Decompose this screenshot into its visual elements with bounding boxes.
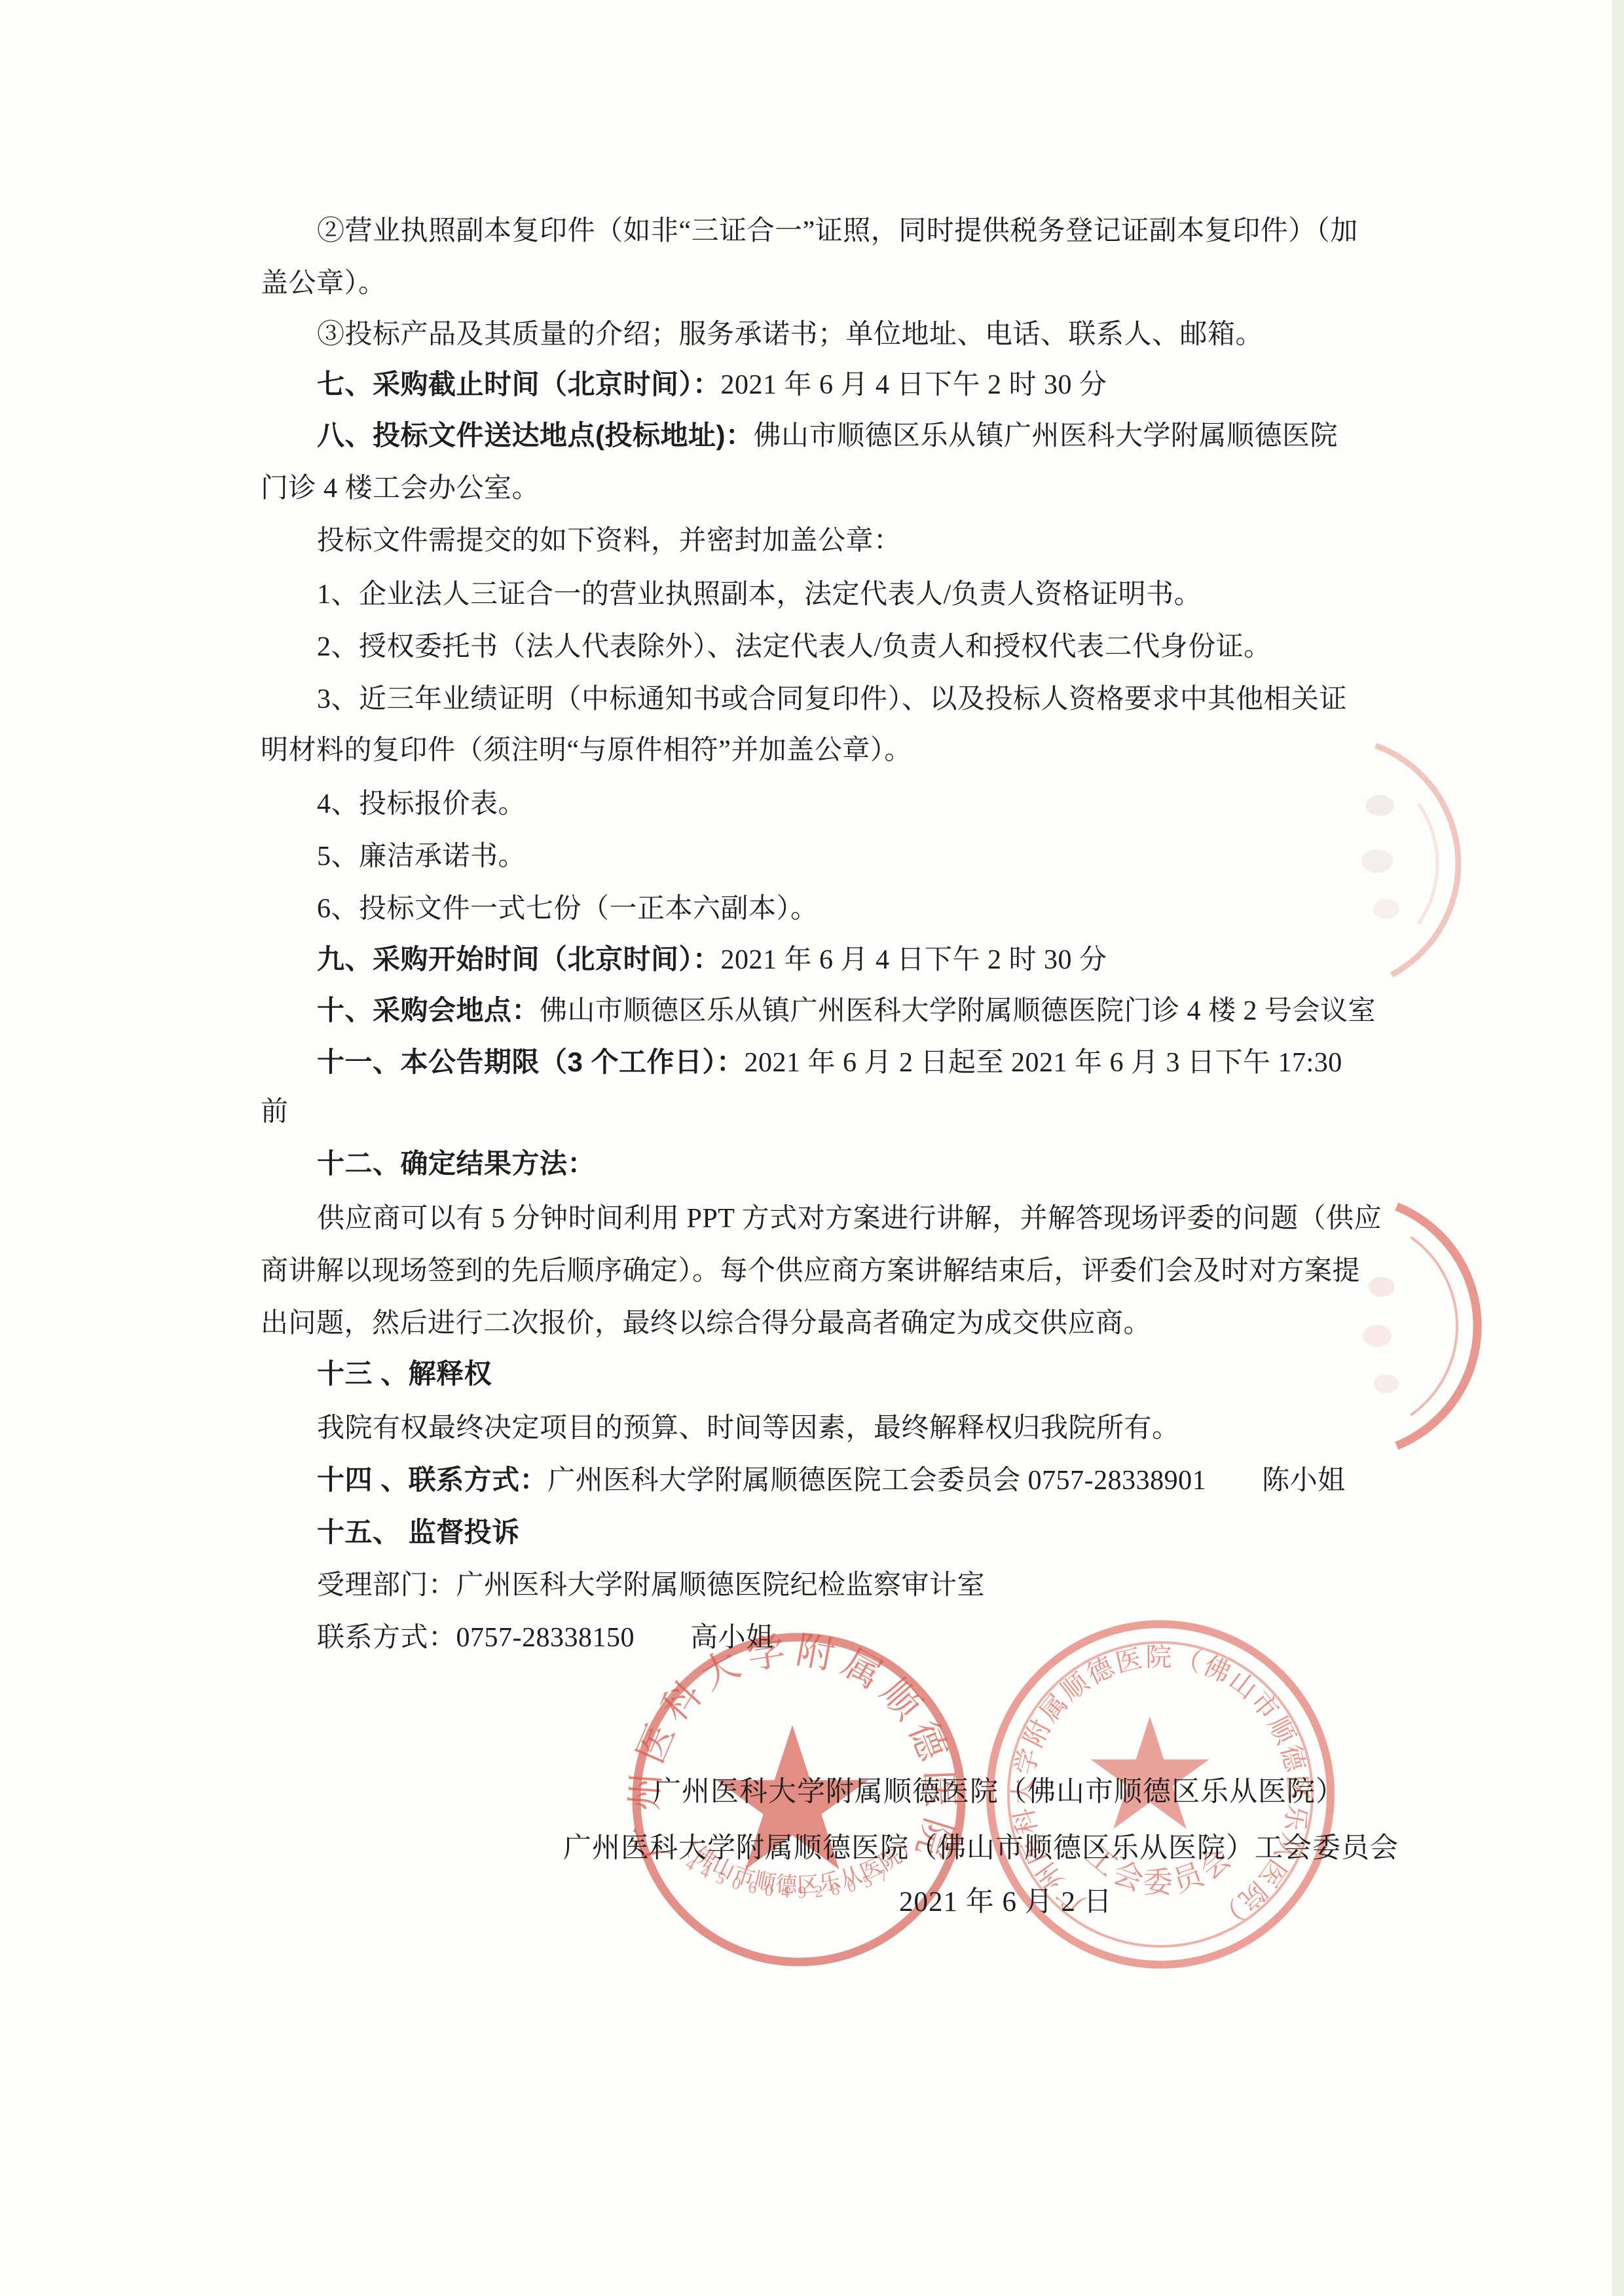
doc-line: 投标文件需提交的如下资料，并密封加盖公章： [261, 522, 1460, 559]
star-icon [1091, 1716, 1209, 1829]
doc-line: 2、授权委托书（法人代表除外）、法定代表人/负责人和授权代表二代身份证。 [261, 628, 1460, 665]
doc-line: 十二、确定结果方法： [261, 1145, 1460, 1183]
doc-line: 十五、 监督投诉 [261, 1514, 1460, 1551]
doc-line: 盖公章）。 [261, 265, 1403, 302]
signature-date: 2021 年 6 月 2 日 [899, 1883, 1113, 1921]
doc-line: 我院有权最终决定项目的预算、时间等因素，最终解释权归我院所有。 [261, 1409, 1460, 1447]
doc-line: ②营业执照副本复印件（如非“三证合一”证照，同时提供税务登记证副本复印件）（加 [261, 212, 1460, 250]
signature-hospital-name: 广州医科大学附属顺德医院（佛山市顺德区乐从医院） [653, 1773, 1344, 1811]
doc-line: 前 [261, 1093, 1403, 1130]
doc-line: 1、企业法人三证合一的营业执照副本，法定代表人/负责人资格证明书。 [261, 576, 1460, 613]
doc-line: 十四 、联系方式：广州医科大学附属顺德医院工会委员会 0757-28338901… [261, 1462, 1460, 1499]
doc-line: 十、采购会地点：佛山市顺德区乐从镇广州医科大学附属顺德医院门诊 4 楼 2 号会… [261, 992, 1460, 1029]
document-page: ②营业执照副本复印件（如非“三证合一”证照，同时提供税务登记证副本复印件）（加 … [0, 0, 1624, 2296]
doc-line: 出问题，然后进行二次报价，最终以综合得分最高者确定为成交供应商。 [261, 1305, 1403, 1342]
doc-line: 受理部门：广州医科大学附属顺德医院纪检监察审计室 [261, 1566, 1460, 1604]
doc-line: 明材料的复印件（须注明“与原件相符”并加盖公章）。 [261, 731, 1403, 769]
doc-line: 九、采购开始时间（北京时间）：2021 年 6 月 4 日下午 2 时 30 分 [261, 941, 1460, 978]
doc-line: 6、投标文件一式七份（一正本六副本）。 [261, 890, 1460, 927]
signature-union-name: 广州医科大学附属顺德医院（佛山市顺德区乐从医院）工会委员会 [563, 1830, 1399, 1868]
doc-line: 七、采购截止时间（北京时间）：2021 年 6 月 4 日下午 2 时 30 分 [261, 366, 1460, 403]
doc-line: 3、近三年业绩证明（中标通知书或合同复印件）、以及投标人资格要求中其他相关证 [261, 680, 1460, 718]
doc-line: 八、投标文件送达地点(投标地址)：佛山市顺德区乐从镇广州医科大学附属顺德医院 [261, 417, 1460, 454]
doc-line: 5、廉洁承诺书。 [261, 838, 1460, 875]
doc-line: 门诊 4 楼工会办公室。 [261, 470, 1403, 507]
doc-line: 十一、本公告期限（3 个工作日）：2021 年 6 月 2 日起至 2021 年… [261, 1044, 1460, 1081]
doc-line: ③投标产品及其质量的介绍；服务承诺书；单位地址、电话、联系人、邮箱。 [261, 316, 1460, 353]
doc-line: 商讲解以现场签到的先后顺序确定）。每个供应商方案讲解结束后，评委们会及时对方案提 [261, 1252, 1403, 1289]
doc-line: 联系方式：0757-28338150 高小姐 [261, 1619, 1460, 1656]
doc-line: 供应商可以有 5 分钟时间利用 PPT 方式对方案进行讲解，并解答现场评委的问题… [261, 1200, 1460, 1237]
doc-line: 4、投标报价表。 [261, 785, 1460, 823]
doc-line: 十三 、解释权 [261, 1356, 1460, 1393]
scan-edge-shadow [1612, 0, 1624, 2296]
